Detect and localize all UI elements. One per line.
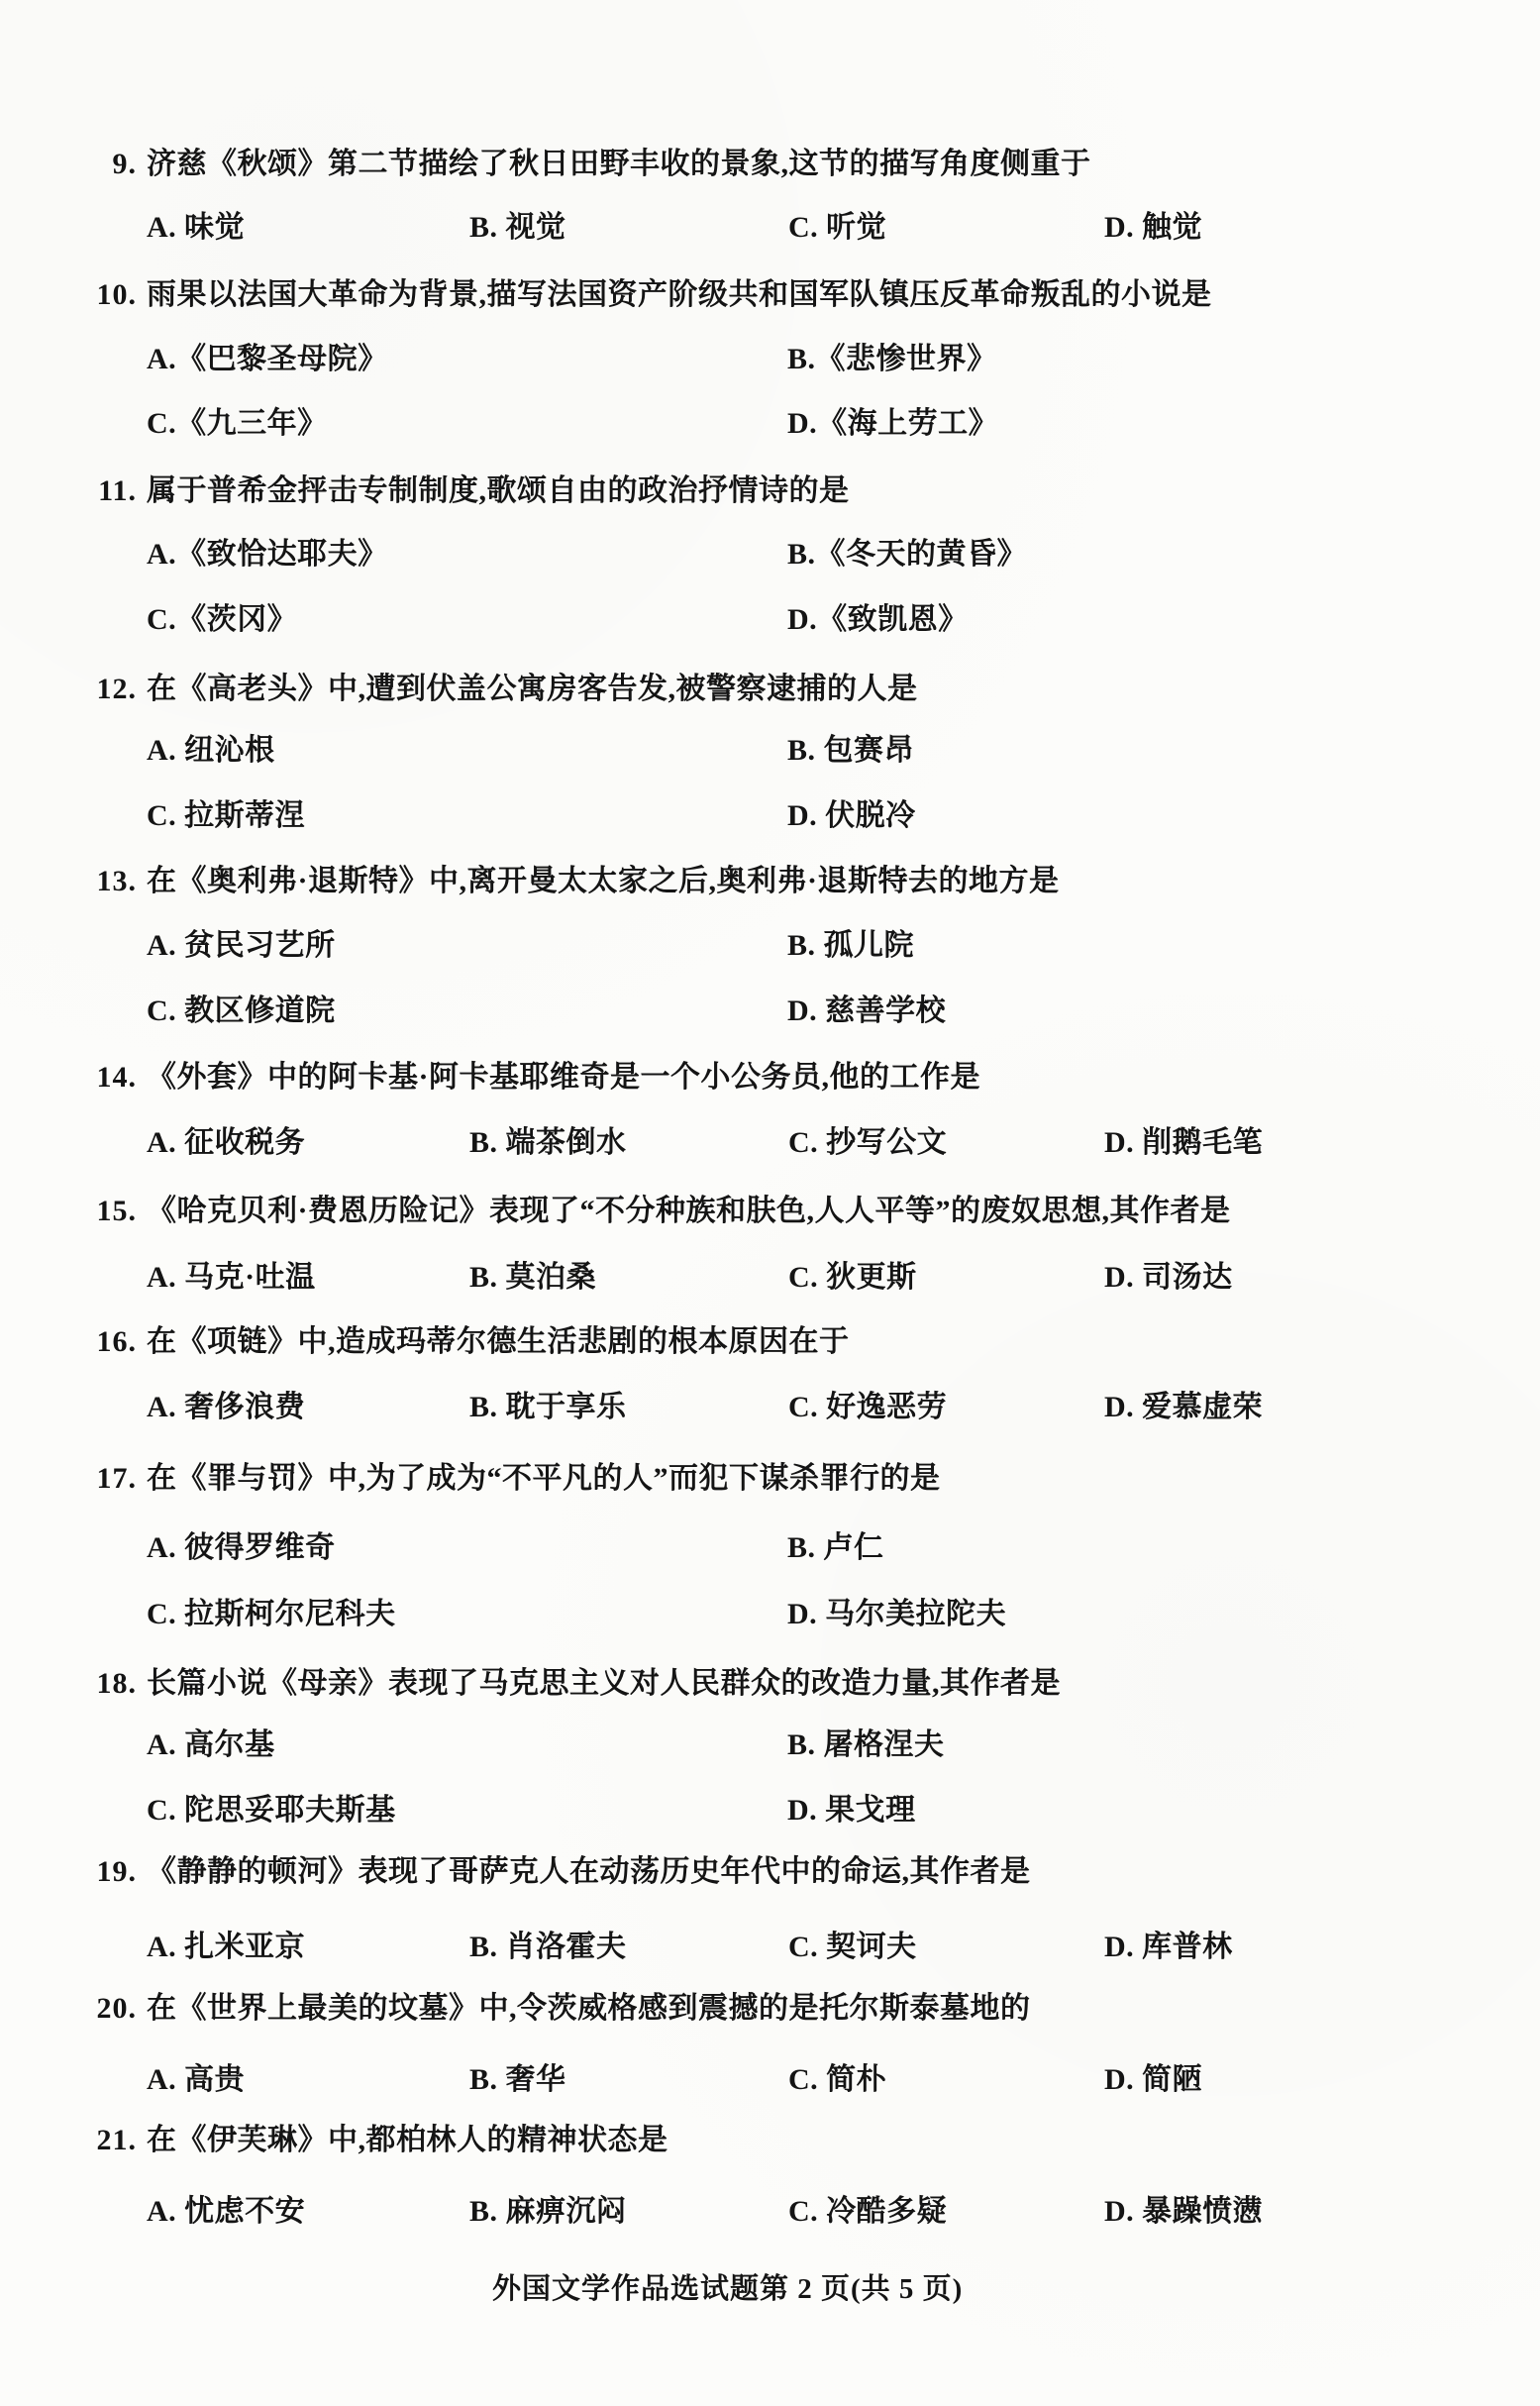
option-c: C. 简朴 <box>788 2062 886 2098</box>
question-16-stem-row: 16.在《项链》中,造成玛蒂尔德生活悲剧的根本原因在于 <box>0 1324 1540 1364</box>
question-20-options-row: A. 高贵 B. 奢华 C. 简朴 D. 简陋 <box>0 2062 1540 2102</box>
option-a: A. 味觉 <box>147 210 245 246</box>
question-20-stem-row: 20.在《世界上最美的坟墓》中,令茨威格感到震撼的是托尔斯泰墓地的 <box>0 1991 1540 2031</box>
option-c: C. 拉斯柯尔尼科夫 <box>147 1597 396 1632</box>
option-d: D.《海上劳工》 <box>787 406 998 442</box>
option-b: B. 卢仁 <box>787 1530 884 1566</box>
option-d: D. 暴躁愤懑 <box>1104 2194 1263 2230</box>
question-11-stem-row: 11.属于普希金抨击专制制度,歌颂自由的政治抒情诗的是 <box>0 473 1540 513</box>
question-stem: 在《项链》中,造成玛蒂尔德生活悲剧的根本原因在于 <box>147 1325 850 1358</box>
option-b: B. 耽于享乐 <box>469 1390 627 1425</box>
option-a: A. 高尔基 <box>147 1727 275 1763</box>
question-stem: 在《奥利弗·退斯特》中,离开曼太太家之后,奥利弗·退斯特去的地方是 <box>147 865 1060 897</box>
question-19-options-row: A. 扎米亚京 B. 肖洛霍夫 C. 契诃夫 D. 库普林 <box>0 1930 1540 1969</box>
option-d: D. 司汤达 <box>1104 1260 1233 1296</box>
option-a: A. 忧虑不安 <box>147 2194 305 2230</box>
option-b: B. 麻痹沉闷 <box>469 2194 627 2230</box>
question-9-options-row: A. 味觉 B. 视觉 C. 听觉 D. 触觉 <box>0 210 1540 250</box>
question-18-options-row-2: C. 陀思妥耶夫斯基 D. 果戈理 <box>0 1793 1540 1832</box>
question-stem: 《静静的顿河》表现了哥萨克人在动荡历史年代中的命运,其作者是 <box>147 1855 1031 1888</box>
question-18-options-row-1: A. 高尔基 B. 屠格涅夫 <box>0 1727 1540 1767</box>
option-c: C. 狄更斯 <box>788 1260 917 1296</box>
option-a: A. 彼得罗维奇 <box>147 1530 336 1566</box>
option-b: B.《悲惨世界》 <box>787 342 997 377</box>
option-a: A. 奢侈浪费 <box>147 1390 305 1425</box>
question-stem: 在《伊芙琳》中,都柏林人的精神状态是 <box>147 2124 668 2156</box>
option-a: A. 征收税务 <box>147 1125 305 1161</box>
question-10-options-row-2: C.《九三年》 D.《海上劳工》 <box>0 406 1540 446</box>
question-9-stem-row: 9.济慈《秋颂》第二节描绘了秋日田野丰收的景象,这节的描写角度侧重于 <box>0 147 1540 186</box>
option-b: B. 孤儿院 <box>787 928 914 964</box>
option-b: B. 莫泊桑 <box>469 1260 596 1296</box>
question-stem: 在《世界上最美的坟墓》中,令茨威格感到震撼的是托尔斯泰墓地的 <box>147 1992 1031 2025</box>
question-14-options-row: A. 征收税务 B. 端茶倒水 C. 抄写公文 D. 削鹅毛笔 <box>0 1125 1540 1165</box>
option-c: C. 听觉 <box>788 210 886 246</box>
scanned-exam-page: 9.济慈《秋颂》第二节描绘了秋日田野丰收的景象,这节的描写角度侧重于 A. 味觉… <box>0 0 1540 2406</box>
page-footer: 外国文学作品选试题第 2 页(共 5 页) <box>492 2266 963 2307</box>
option-a: A. 贫民习艺所 <box>147 928 336 964</box>
option-d: D. 马尔美拉陀夫 <box>787 1597 1006 1632</box>
option-d: D. 削鹅毛笔 <box>1104 1125 1263 1161</box>
question-stem: 《外套》中的阿卡基·阿卡基耶维奇是一个小公务员,他的工作是 <box>147 1061 980 1094</box>
question-15-stem-row: 15.《哈克贝利·费恩历险记》表现了“不分种族和肤色,人人平等”的废奴思想,其作… <box>0 1194 1540 1233</box>
question-12-options-row-1: A. 纽沁根 B. 包赛昂 <box>0 733 1540 773</box>
option-b: B. 端茶倒水 <box>469 1125 627 1161</box>
question-number: 19. <box>50 1854 137 1890</box>
option-a: A.《致恰达耶夫》 <box>147 537 388 573</box>
option-c: C. 好逸恶劳 <box>788 1390 947 1425</box>
question-number: 17. <box>50 1461 137 1497</box>
option-c: C. 教区修道院 <box>147 994 336 1029</box>
option-d: D.《致凯恩》 <box>787 602 969 638</box>
option-b: B. 视觉 <box>469 210 566 246</box>
question-16-options-row: A. 奢侈浪费 B. 耽于享乐 C. 好逸恶劳 D. 爱慕虚荣 <box>0 1390 1540 1429</box>
option-b: B.《冬天的黄昏》 <box>787 537 1027 573</box>
question-12-stem-row: 12.在《高老头》中,遭到伏盖公寓房客告发,被警察逮捕的人是 <box>0 672 1540 711</box>
option-d: D. 爱慕虚荣 <box>1104 1390 1263 1425</box>
question-14-stem-row: 14.《外套》中的阿卡基·阿卡基耶维奇是一个小公务员,他的工作是 <box>0 1060 1540 1099</box>
question-stem: 在《高老头》中,遭到伏盖公寓房客告发,被警察逮捕的人是 <box>147 673 918 705</box>
option-a: A.《巴黎圣母院》 <box>147 342 388 377</box>
question-stem: 雨果以法国大革命为背景,描写法国资产阶级共和国军队镇压反革命叛乱的小说是 <box>147 278 1212 311</box>
option-c: C. 拉斯蒂涅 <box>147 798 305 834</box>
option-a: A. 马克·吐温 <box>147 1260 316 1296</box>
question-number: 21. <box>50 2123 137 2158</box>
option-d: D. 触觉 <box>1104 210 1202 246</box>
option-c: C.《茨冈》 <box>147 602 297 638</box>
option-c: C. 契诃夫 <box>788 1930 917 1965</box>
question-number: 9. <box>50 147 137 182</box>
option-d: D. 果戈理 <box>787 1793 916 1829</box>
question-number: 11. <box>50 473 137 509</box>
option-d: D. 慈善学校 <box>787 994 946 1029</box>
question-17-stem-row: 17.在《罪与罚》中,为了成为“不平凡的人”而犯下谋杀罪行的是 <box>0 1461 1540 1501</box>
question-stem: 长篇小说《母亲》表现了马克思主义对人民群众的改造力量,其作者是 <box>147 1667 1061 1700</box>
question-11-options-row-1: A.《致恰达耶夫》 B.《冬天的黄昏》 <box>0 537 1540 576</box>
option-c: C.《九三年》 <box>147 406 328 442</box>
question-stem: 在《罪与罚》中,为了成为“不平凡的人”而犯下谋杀罪行的是 <box>147 1462 941 1495</box>
question-18-stem-row: 18.长篇小说《母亲》表现了马克思主义对人民群众的改造力量,其作者是 <box>0 1666 1540 1706</box>
question-13-stem-row: 13.在《奥利弗·退斯特》中,离开曼太太家之后,奥利弗·退斯特去的地方是 <box>0 864 1540 903</box>
question-10-options-row-1: A.《巴黎圣母院》 B.《悲惨世界》 <box>0 342 1540 381</box>
question-number: 12. <box>50 672 137 707</box>
question-19-stem-row: 19.《静静的顿河》表现了哥萨克人在动荡历史年代中的命运,其作者是 <box>0 1854 1540 1894</box>
question-10-stem-row: 10.雨果以法国大革命为背景,描写法国资产阶级共和国军队镇压反革命叛乱的小说是 <box>0 277 1540 317</box>
question-stem: 属于普希金抨击专制制度,歌颂自由的政治抒情诗的是 <box>147 474 850 507</box>
question-11-options-row-2: C.《茨冈》 D.《致凯恩》 <box>0 602 1540 642</box>
question-17-options-row-2: C. 拉斯柯尔尼科夫 D. 马尔美拉陀夫 <box>0 1597 1540 1636</box>
question-number: 15. <box>50 1194 137 1229</box>
option-d: D. 伏脱冷 <box>787 798 916 834</box>
question-number: 13. <box>50 864 137 899</box>
option-c: C. 陀思妥耶夫斯基 <box>147 1793 396 1829</box>
question-stem: 济慈《秋颂》第二节描绘了秋日田野丰收的景象,这节的描写角度侧重于 <box>147 148 1091 180</box>
option-b: B. 肖洛霍夫 <box>469 1930 627 1965</box>
option-b: B. 奢华 <box>469 2062 566 2098</box>
question-15-options-row: A. 马克·吐温 B. 莫泊桑 C. 狄更斯 D. 司汤达 <box>0 1260 1540 1300</box>
question-stem: 《哈克贝利·费恩历险记》表现了“不分种族和肤色,人人平等”的废奴思想,其作者是 <box>147 1195 1231 1227</box>
option-a: A. 扎米亚京 <box>147 1930 305 1965</box>
option-a: A. 纽沁根 <box>147 733 275 769</box>
question-number: 20. <box>50 1991 137 2027</box>
question-13-options-row-2: C. 教区修道院 D. 慈善学校 <box>0 994 1540 1033</box>
option-b: B. 包赛昂 <box>787 733 914 769</box>
option-a: A. 高贵 <box>147 2062 245 2098</box>
question-13-options-row-1: A. 贫民习艺所 B. 孤儿院 <box>0 928 1540 968</box>
option-c: C. 抄写公文 <box>788 1125 947 1161</box>
question-21-stem-row: 21.在《伊芙琳》中,都柏林人的精神状态是 <box>0 2123 1540 2162</box>
question-number: 10. <box>50 277 137 313</box>
question-17-options-row-1: A. 彼得罗维奇 B. 卢仁 <box>0 1530 1540 1570</box>
question-21-options-row: A. 忧虑不安 B. 麻痹沉闷 C. 冷酷多疑 D. 暴躁愤懑 <box>0 2194 1540 2234</box>
question-number: 18. <box>50 1666 137 1702</box>
question-number: 14. <box>50 1060 137 1096</box>
option-c: C. 冷酷多疑 <box>788 2194 947 2230</box>
question-number: 16. <box>50 1324 137 1360</box>
option-b: B. 屠格涅夫 <box>787 1727 945 1763</box>
option-d: D. 库普林 <box>1104 1930 1233 1965</box>
question-12-options-row-2: C. 拉斯蒂涅 D. 伏脱冷 <box>0 798 1540 838</box>
option-d: D. 简陋 <box>1104 2062 1202 2098</box>
